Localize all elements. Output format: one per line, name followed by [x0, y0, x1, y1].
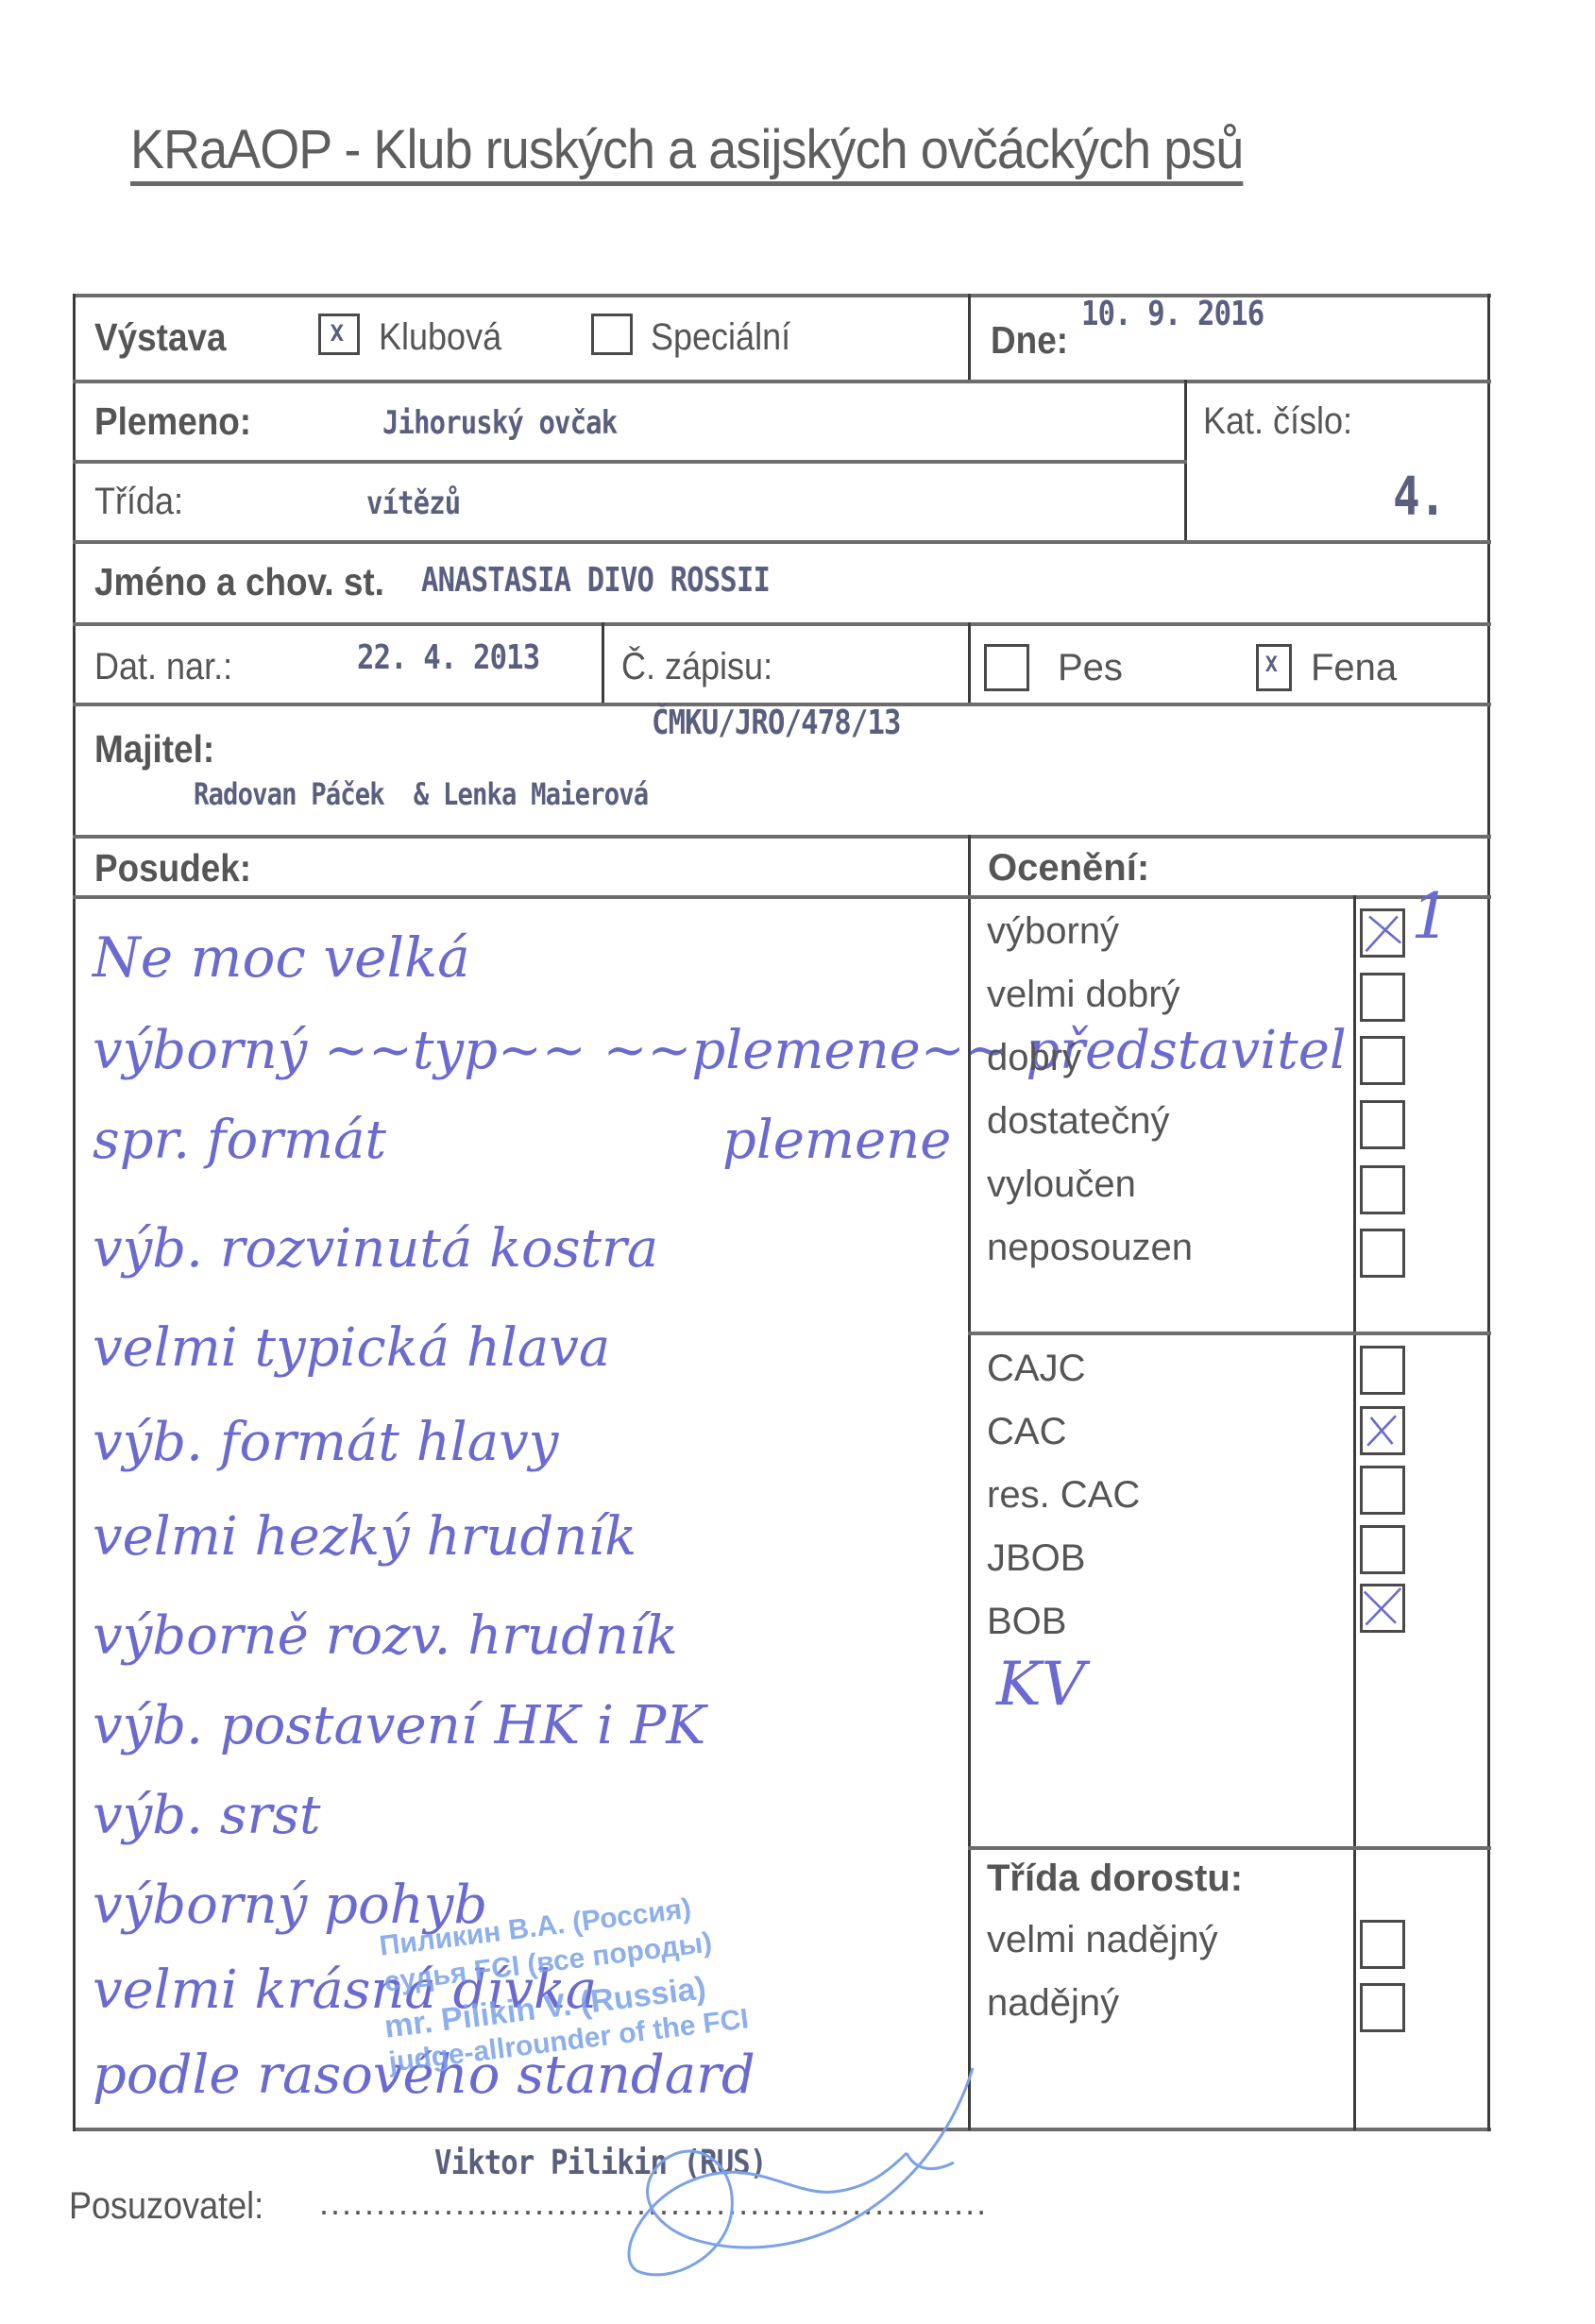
- title-label: CAC: [987, 1411, 1066, 1452]
- divider: [968, 294, 971, 382]
- divider: [968, 1332, 1491, 1335]
- birth-value: 22. 4. 2013: [357, 638, 539, 677]
- handwritten-line: výb. rozvinutá kostra: [93, 1223, 658, 1276]
- judge-signature-icon: [529, 2059, 1020, 2285]
- handwritten-line: spr. formát plemene: [93, 1114, 951, 1167]
- divider: [73, 835, 1491, 839]
- catalog-label: Kat. číslo:: [1203, 400, 1352, 442]
- handwritten-line: velmi hezký hrudník: [93, 1511, 636, 1564]
- sex-pes-label: Pes: [1058, 647, 1123, 688]
- registration-label: Č. zápisu:: [621, 646, 772, 687]
- show-type-klubova-checkbox[interactable]: X: [318, 314, 360, 355]
- assessment-label: Posudek:: [94, 847, 251, 889]
- judge-label: Posuzovatel:: [69, 2185, 263, 2227]
- class-label: Třída:: [94, 481, 183, 522]
- divider: [73, 460, 1187, 464]
- sex-pes-checkbox[interactable]: [984, 644, 1029, 691]
- divider: [602, 622, 604, 704]
- breed-label: Plemeno:: [94, 400, 251, 442]
- x-mark-icon: [1363, 911, 1402, 955]
- divider: [73, 895, 1491, 899]
- handwritten-line: výborně rozv. hrudník: [93, 1610, 678, 1663]
- grade-label: neposouzen: [987, 1227, 1193, 1268]
- catalog-number: 4.: [1393, 466, 1446, 528]
- svg-text:X: X: [1265, 653, 1278, 677]
- club-title: KRaAOP - Klub ruských a asijských ovčáck…: [130, 121, 1243, 186]
- grade-neposouzen-checkbox[interactable]: [1360, 1229, 1405, 1278]
- class-value: vítězů: [366, 484, 460, 522]
- show-type-specialni-checkbox[interactable]: [591, 314, 633, 355]
- junior-nadejny-checkbox[interactable]: [1360, 1983, 1405, 2032]
- divider: [1487, 294, 1490, 2131]
- grade-dobry-checkbox[interactable]: [1360, 1036, 1405, 1085]
- junior-option-label: velmi nadějný: [987, 1919, 1218, 1960]
- divider: [968, 1846, 1491, 1850]
- grade-label: vyloučen: [987, 1163, 1136, 1205]
- x-mark-icon: [1363, 1409, 1402, 1452]
- junior-velmi-nadejny-checkbox[interactable]: [1360, 1920, 1405, 1969]
- rating-label: Ocenění:: [988, 847, 1149, 889]
- birth-label: Dat. nar.:: [94, 646, 232, 687]
- divider: [73, 380, 1491, 383]
- title-jbob-checkbox[interactable]: [1360, 1525, 1405, 1574]
- owner-value: Radovan Páček & Lenka Maierová: [194, 776, 648, 812]
- handwritten-line: Ne moc velká: [93, 930, 470, 985]
- sex-fena-label: Fena: [1311, 647, 1397, 688]
- title-label: CAJC: [987, 1348, 1085, 1389]
- grade-vyborny-checkbox[interactable]: [1360, 908, 1405, 958]
- divider: [968, 622, 971, 704]
- title-label: res. CAC: [987, 1474, 1140, 1516]
- title-cac-checkbox[interactable]: [1360, 1406, 1405, 1455]
- handwritten-line: výborný ~~typ~~ ~~plemene~~ představitel: [93, 1025, 1347, 1077]
- show-label: Výstava: [94, 316, 227, 358]
- show-type-specialni-label: Speciální: [651, 316, 790, 358]
- title-label: BOB: [987, 1601, 1066, 1642]
- svg-text:X: X: [331, 320, 345, 347]
- date-label: Dne:: [991, 319, 1068, 361]
- junior-class-label: Třída dorostu:: [987, 1858, 1243, 1899]
- show-type-klubova-label: Klubová: [379, 316, 501, 358]
- x-mark-icon: X: [1259, 647, 1289, 688]
- owner-label: Majitel:: [94, 728, 214, 770]
- grade-dostatecny-checkbox[interactable]: [1360, 1100, 1405, 1149]
- grade-note: 1: [1411, 886, 1451, 948]
- divider: [73, 294, 1491, 297]
- date-value: 10. 9. 2016: [1081, 295, 1264, 333]
- grade-vyloucen-checkbox[interactable]: [1360, 1165, 1405, 1214]
- grade-label: výborný: [987, 910, 1119, 952]
- handwritten-line: výb. srst: [93, 1790, 320, 1842]
- handwritten-line: výb. postavení HK i PK: [93, 1700, 705, 1753]
- title-cajc-checkbox[interactable]: [1360, 1346, 1405, 1395]
- x-mark-icon: [1363, 1586, 1402, 1630]
- grade-label: velmi dobrý: [987, 974, 1180, 1015]
- handwritten-line: velmi typická hlava: [93, 1322, 610, 1375]
- title-res-cac-checkbox[interactable]: [1360, 1466, 1405, 1515]
- dog-name-value: ANASTASIA DIVO ROSSII: [421, 561, 770, 600]
- grade-label: dostatečný: [987, 1100, 1169, 1142]
- breed-value: Jihoruský ovčak: [382, 404, 617, 442]
- handwritten-line: výb. formát hlavy: [93, 1416, 558, 1469]
- grade-velmi-dobry-checkbox[interactable]: [1360, 973, 1405, 1022]
- divider: [73, 622, 1491, 626]
- title-label: JBOB: [987, 1537, 1085, 1579]
- grade-label: dobrý: [987, 1037, 1081, 1078]
- name-label: Jméno a chov. st.: [94, 561, 384, 602]
- sex-fena-checkbox[interactable]: X: [1256, 644, 1292, 691]
- title-bob-checkbox[interactable]: [1360, 1584, 1405, 1633]
- x-mark-icon: X: [321, 316, 357, 352]
- registration-value: ČMKU/JRO/478/13: [652, 704, 901, 742]
- titles-note: KV: [996, 1654, 1085, 1715]
- junior-option-label: nadějný: [987, 1982, 1119, 2024]
- divider: [73, 540, 1491, 544]
- divider: [1353, 895, 1356, 2130]
- divider: [73, 294, 76, 2131]
